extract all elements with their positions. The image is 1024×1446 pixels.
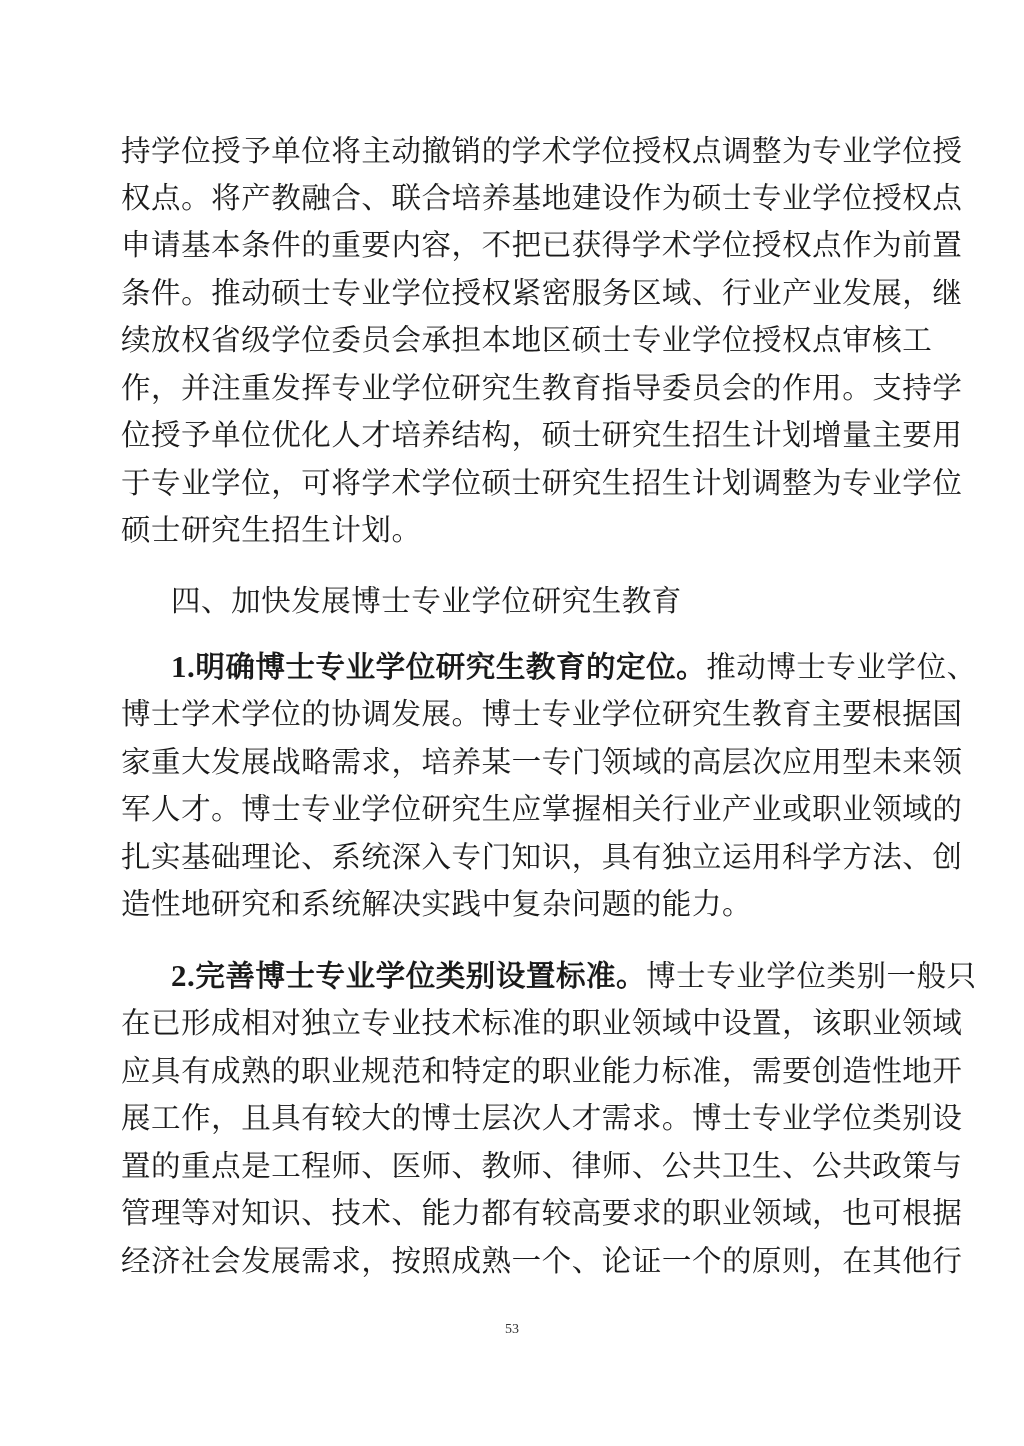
page-number: 53 bbox=[0, 1322, 1024, 1338]
item-1-title: 明确博士专业学位研究生教育的定位。 bbox=[195, 650, 706, 684]
item-2-first-line: 2.完善博士专业学位类别设置标准。博士专业学位类别一般只 bbox=[171, 959, 961, 993]
text-line: 造性地研究和系统解决实践中复杂问题的能力。 bbox=[121, 887, 911, 921]
text-line: 权点。将产教融合、联合培养基地建设作为硕士专业学位授权点 bbox=[121, 181, 911, 215]
text-line: 家重大发展战略需求，培养某一专门领域的高层次应用型未来领 bbox=[121, 745, 911, 779]
item-1-first-line: 1.明确博士专业学位研究生教育的定位。推动博士专业学位、 bbox=[171, 650, 961, 684]
text-line: 管理等对知识、技术、能力都有较高要求的职业领域，也可根据 bbox=[121, 1196, 911, 1230]
section-heading: 四、加快发展博士专业学位研究生教育 bbox=[171, 584, 961, 618]
text-line: 军人才。博士专业学位研究生应掌握相关行业产业或职业领域的 bbox=[121, 792, 911, 826]
text-line: 扎实基础理论、系统深入专门知识，具有独立运用科学方法、创 bbox=[121, 840, 911, 874]
text-line: 经济社会发展需求，按照成熟一个、论证一个的原则，在其他行 bbox=[121, 1244, 911, 1278]
text-line: 在已形成相对独立专业技术标准的职业领域中设置，该职业领域 bbox=[121, 1006, 911, 1040]
text-line: 硕士研究生招生计划。 bbox=[121, 513, 911, 547]
text-line: 位授予单位优化人才培养结构，硕士研究生招生计划增量主要用 bbox=[121, 418, 911, 452]
item-2-title: 完善博士专业学位类别设置标准。 bbox=[195, 959, 646, 993]
text-line: 博士学术学位的协调发展。博士专业学位研究生教育主要根据国 bbox=[121, 697, 911, 731]
text-line: 条件。推动硕士专业学位授权紧密服务区域、行业产业发展，继 bbox=[121, 276, 911, 310]
text-line: 于专业学位，可将学术学位硕士研究生招生计划调整为专业学位 bbox=[121, 466, 911, 500]
text-line: 置的重点是工程师、医师、教师、律师、公共卫生、公共政策与 bbox=[121, 1149, 911, 1183]
document-page: 持学位授予单位将主动撤销的学术学位授权点调整为专业学位授 权点。将产教融合、联合… bbox=[0, 0, 1024, 1446]
item-2-first-line-rest: 博士专业学位类别一般只 bbox=[646, 959, 977, 993]
text-line: 作，并注重发挥专业学位研究生教育指导委员会的作用。支持学 bbox=[121, 371, 911, 405]
item-1-first-line-rest: 推动博士专业学位、 bbox=[706, 650, 976, 684]
text-line: 展工作，且具有较大的博士层次人才需求。博士专业学位类别设 bbox=[121, 1101, 911, 1135]
item-1-number: 1. bbox=[171, 649, 195, 684]
text-line: 持学位授予单位将主动撤销的学术学位授权点调整为专业学位授 bbox=[121, 134, 911, 168]
text-line: 续放权省级学位委员会承担本地区硕士专业学位授权点审核工 bbox=[121, 323, 911, 357]
text-line: 应具有成熟的职业规范和特定的职业能力标准，需要创造性地开 bbox=[121, 1054, 911, 1088]
text-line: 申请基本条件的重要内容，不把已获得学术学位授权点作为前置 bbox=[121, 228, 911, 262]
item-2-number: 2. bbox=[171, 958, 195, 993]
